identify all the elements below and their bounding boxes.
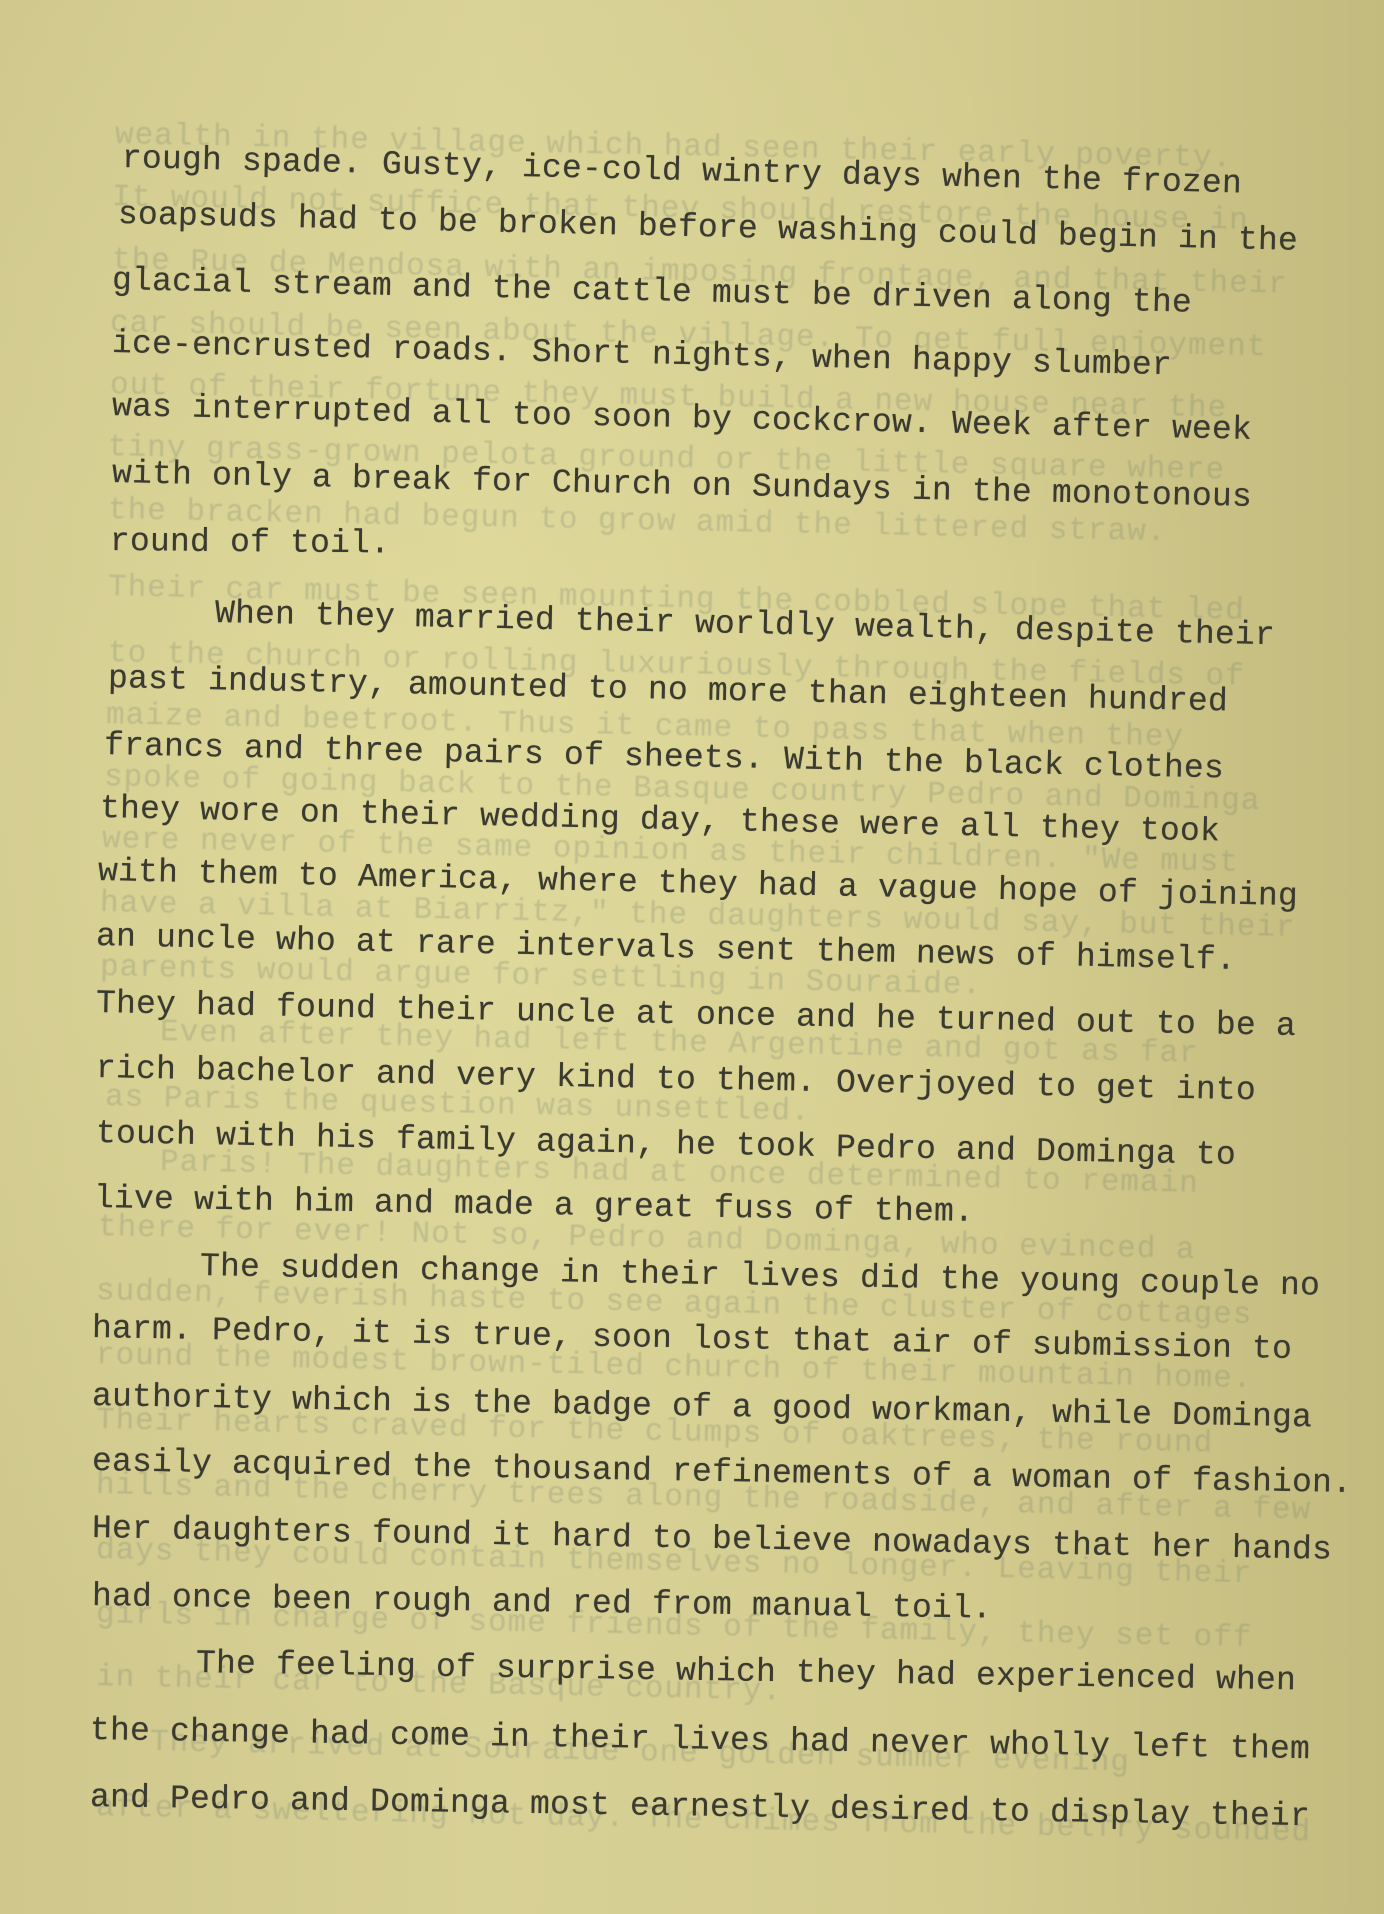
- text-line: ice-encrusted roads. Short nights, when …: [112, 325, 1173, 384]
- text-line: harm. Pedro, it is true, soon lost that …: [92, 1310, 1293, 1368]
- text-line: with them to America, where they had a v…: [98, 853, 1299, 915]
- text-line: an uncle who at rare intervals sent them…: [96, 918, 1237, 979]
- text-line: glacial stream and the cattle must be dr…: [112, 262, 1193, 322]
- text-line: When they married their worldly wealth, …: [215, 595, 1276, 654]
- text-line: was interrupted all too soon by cockcrow…: [112, 388, 1253, 449]
- text-line: had once been rough and red from manual …: [92, 1578, 993, 1628]
- text-line: easily acquired the thousand refinements…: [92, 1443, 1353, 1502]
- text-line: They had found their uncle at once and h…: [96, 985, 1297, 1045]
- text-line: The sudden change in their lives did the…: [200, 1248, 1321, 1305]
- text-line: and Pedro and Dominga most earnestly des…: [90, 1779, 1311, 1835]
- text-line: the change had come in their lives had n…: [90, 1712, 1311, 1768]
- text-line: round of toil.: [110, 523, 390, 562]
- typewritten-page: rough spade. Gusty, ice-cold wintry days…: [0, 0, 1384, 1914]
- text-line: Her daughters found it hard to believe n…: [92, 1510, 1333, 1569]
- text-line: rough spade. Gusty, ice-cold wintry days…: [122, 140, 1243, 202]
- text-line: The feeling of surprise which they had e…: [196, 1645, 1297, 1699]
- text-line: rich bachelor and very kind to them. Ove…: [96, 1050, 1257, 1109]
- text-line: authority which is the badge of a good w…: [92, 1378, 1313, 1436]
- text-line: francs and three pairs of sheets. With t…: [104, 727, 1225, 787]
- text-line: with only a break for Church on Sundays …: [112, 455, 1253, 516]
- text-line: touch with his family again, he took Ped…: [96, 1115, 1237, 1174]
- text-line: they wore on their wedding day, these we…: [100, 790, 1221, 850]
- text-line: soapsuds had to be broken before washing…: [118, 196, 1299, 260]
- text-line: live with him and made a great fuss of t…: [94, 1180, 975, 1231]
- text-line: past industry, amounted to no more than …: [108, 660, 1229, 720]
